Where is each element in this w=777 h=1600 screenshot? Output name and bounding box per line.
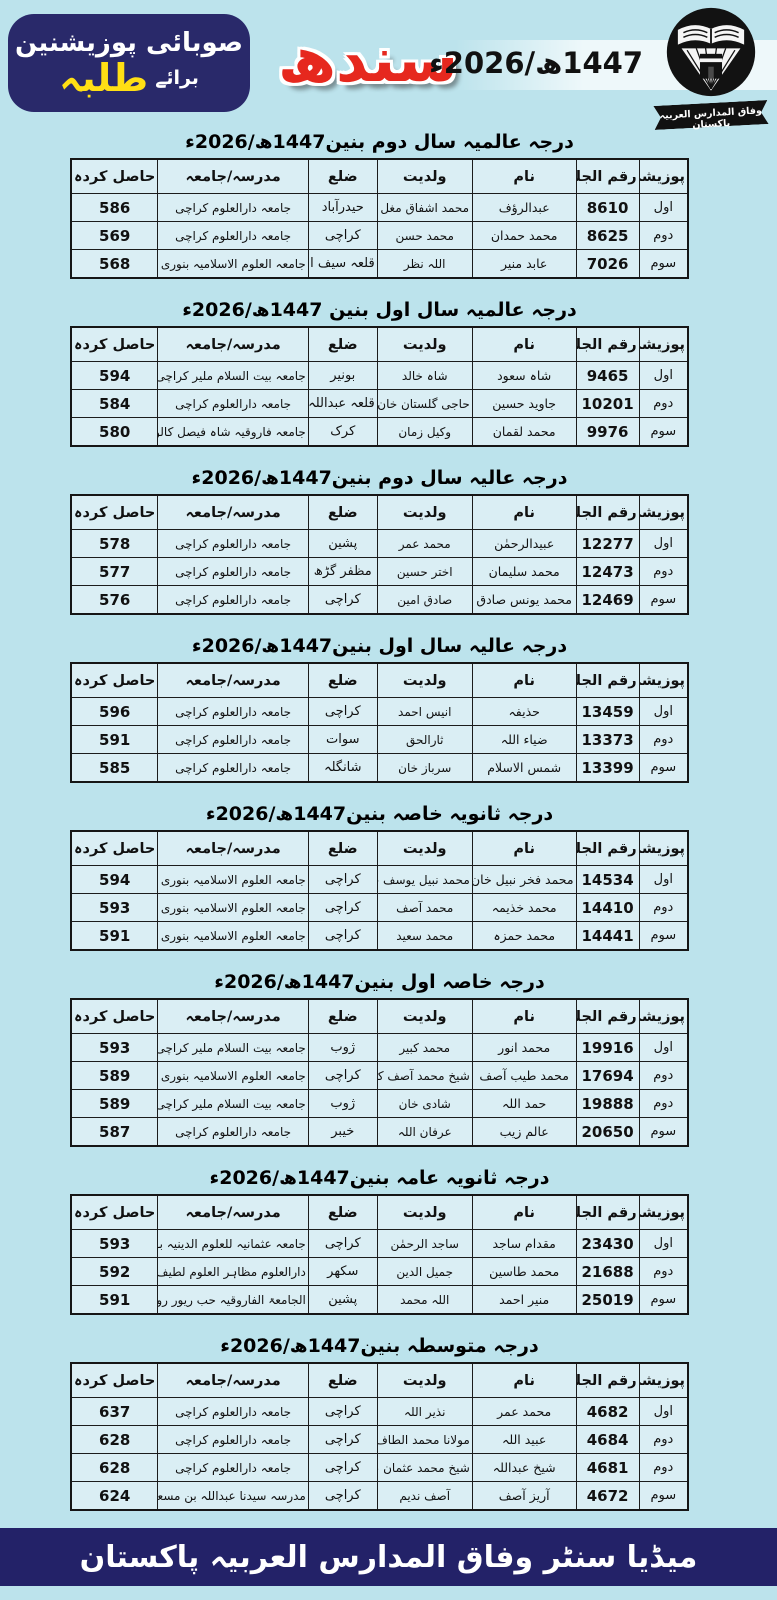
column-header-father: ولدیت — [377, 1363, 472, 1398]
cell-district: کرک — [308, 418, 377, 447]
cell-roll: 9465 — [576, 362, 639, 390]
column-header-marks: حاصل کردہ نمبر — [71, 999, 158, 1034]
cell-madrasa: جامعہ بیت السلام ملیر کراچی — [158, 362, 308, 390]
cell-position: اول — [639, 194, 688, 222]
cell-position: دوم — [639, 1258, 688, 1286]
cell-name: حمد اللہ — [472, 1090, 576, 1118]
result-row: اول13459حذیفہانیس احمدکراچیجامعہ دارالعل… — [71, 698, 688, 726]
cell-name: منیر احمد — [472, 1286, 576, 1315]
cell-marks: 589 — [71, 1090, 158, 1118]
result-section: درجہ ثانویہ عامہ بنین1447ھ/2026ء پوزیشنر… — [70, 1166, 689, 1315]
table-body: اول12277عبیدالرحمٰنمحمد عمرپشینجامعہ دار… — [71, 530, 688, 615]
column-header-position: پوزیشن — [639, 831, 688, 866]
cell-roll: 23430 — [576, 1230, 639, 1258]
result-section: درجہ خاصہ اول بنین1447ھ/2026ء پوزیشنرقم … — [70, 970, 689, 1147]
cell-district: کراچی — [308, 1398, 377, 1426]
cell-position: اول — [639, 1398, 688, 1426]
column-header-position: پوزیشن — [639, 495, 688, 530]
cell-district: کراچی — [308, 866, 377, 894]
wifaq-logo: وفاق المدارس العربیہ پاکستان — [652, 6, 770, 130]
column-header-marks: حاصل کردہ نمبر — [71, 159, 158, 194]
cell-district: حیدرآباد — [308, 194, 377, 222]
cell-father: شادی خان — [377, 1090, 472, 1118]
cell-position: سوم — [639, 1286, 688, 1315]
cell-father: مولانا محمد الطاف حسین — [377, 1426, 472, 1454]
cell-marks: 577 — [71, 558, 158, 586]
cell-marks: 589 — [71, 1062, 158, 1090]
table-body: اول9465شاہ سعودشاہ خالدبونیرجامعہ بیت ال… — [71, 362, 688, 447]
cell-position: اول — [639, 1034, 688, 1062]
column-header-roll: رقم الجلوس — [576, 999, 639, 1034]
result-row: اول8610عبدالرؤفمحمد اشفاق مغلحیدرآبادجام… — [71, 194, 688, 222]
column-header-marks: حاصل کردہ نمبر — [71, 831, 158, 866]
cell-name: عبدالرؤف — [472, 194, 576, 222]
cell-roll: 13373 — [576, 726, 639, 754]
cell-father: محمد کبیر — [377, 1034, 472, 1062]
cell-madrasa: جامعہ دارالعلوم کراچی — [158, 558, 308, 586]
result-row: دوم13373ضیاء اللہثارالحقسواتجامعہ دارالع… — [71, 726, 688, 754]
cell-position: دوم — [639, 1090, 688, 1118]
cell-father: اللہ محمد — [377, 1286, 472, 1315]
result-row: سوم9976محمد لقمانوکیل زمانکرکجامعہ فاروق… — [71, 418, 688, 447]
cell-name: محمد یونس صادق — [472, 586, 576, 615]
column-header-position: پوزیشن — [639, 999, 688, 1034]
table-header-row: پوزیشنرقم الجلوسنامولدیتضلعمدرسہ/جامعہحا… — [71, 999, 688, 1034]
cell-name: آریز آصف — [472, 1482, 576, 1511]
table-title: درجہ ثانویہ خاصہ بنین1447ھ/2026ء — [70, 802, 689, 826]
column-header-district: ضلع — [308, 831, 377, 866]
column-header-father: ولدیت — [377, 1195, 472, 1230]
cell-father: محمد اشفاق مغل — [377, 194, 472, 222]
column-header-roll: رقم الجلوس — [576, 663, 639, 698]
cell-roll: 14534 — [576, 866, 639, 894]
cell-name: محمد طیب آصف — [472, 1062, 576, 1090]
result-row: سوم4672آریز آصفآصف ندیمکراچیمدرسہ سیدنا … — [71, 1482, 688, 1511]
column-header-district: ضلع — [308, 663, 377, 698]
column-header-name: نام — [472, 663, 576, 698]
cell-district: پشین — [308, 1286, 377, 1315]
cell-roll: 17694 — [576, 1062, 639, 1090]
cell-marks: 591 — [71, 922, 158, 951]
cell-madrasa: جامعہ دارالعلوم کراچی — [158, 1426, 308, 1454]
results-table: پوزیشنرقم الجلوسنامولدیتضلعمدرسہ/جامعہحا… — [70, 830, 689, 951]
column-header-roll: رقم الجلوس — [576, 159, 639, 194]
cell-roll: 7026 — [576, 250, 639, 279]
column-header-father: ولدیت — [377, 159, 472, 194]
column-header-name: نام — [472, 159, 576, 194]
cell-position: سوم — [639, 250, 688, 279]
cell-madrasa: جامعہ العلوم الاسلامیہ بنوری ٹاؤن کراچی — [158, 250, 308, 279]
cell-name: محمد طاسین — [472, 1258, 576, 1286]
cell-name: محمد عمر — [472, 1398, 576, 1426]
cell-father: شیخ محمد عثمان علی — [377, 1454, 472, 1482]
cell-marks: 593 — [71, 894, 158, 922]
cell-marks: 569 — [71, 222, 158, 250]
results-table: پوزیشنرقم الجلوسنامولدیتضلعمدرسہ/جامعہحا… — [70, 998, 689, 1147]
column-header-madrasa: مدرسہ/جامعہ — [158, 999, 308, 1034]
result-section: درجہ ثانویہ خاصہ بنین1447ھ/2026ء پوزیشنر… — [70, 802, 689, 951]
result-row: دوم19888حمد اللہشادی خانژوبجامعہ بیت الس… — [71, 1090, 688, 1118]
cell-father: اللہ نظر — [377, 250, 472, 279]
cell-marks: 592 — [71, 1258, 158, 1286]
cell-father: عرفان اللہ — [377, 1118, 472, 1147]
results-table: پوزیشنرقم الجلوسنامولدیتضلعمدرسہ/جامعہحا… — [70, 1362, 689, 1511]
result-section: درجہ متوسطہ بنین1447ھ/2026ء پوزیشنرقم ال… — [70, 1334, 689, 1511]
cell-madrasa: دارالعلوم مظاہر العلوم لطیف آباد حیدرآبا… — [158, 1258, 308, 1286]
column-header-roll: رقم الجلوس — [576, 495, 639, 530]
column-header-position: پوزیشن — [639, 159, 688, 194]
cell-father: نذیر اللہ — [377, 1398, 472, 1426]
column-header-name: نام — [472, 1363, 576, 1398]
column-header-madrasa: مدرسہ/جامعہ — [158, 663, 308, 698]
result-row: اول12277عبیدالرحمٰنمحمد عمرپشینجامعہ دار… — [71, 530, 688, 558]
cell-father: شاہ خالد — [377, 362, 472, 390]
cell-name: محمد حمدان — [472, 222, 576, 250]
cell-name: شاہ سعود — [472, 362, 576, 390]
cell-father: حاجی گلستان خان — [377, 390, 472, 418]
provincial-positions-badge: صوبائی پوزیشنین برائے طلبہ — [8, 14, 250, 112]
cell-position: دوم — [639, 1062, 688, 1090]
cell-district: شانگلہ — [308, 754, 377, 783]
result-row: دوم21688محمد طاسینجمیل الدینسکھردارالعلو… — [71, 1258, 688, 1286]
badge-line1: صوبائی پوزیشنین — [15, 29, 243, 58]
cell-madrasa: جامعہ دارالعلوم کراچی — [158, 726, 308, 754]
cell-roll: 8625 — [576, 222, 639, 250]
cell-father: محمد آصف — [377, 894, 472, 922]
cell-madrasa: جامعہ دارالعلوم کراچی — [158, 698, 308, 726]
cell-marks: 628 — [71, 1426, 158, 1454]
result-row: اول23430مقدام ساجدساجد الرحمٰنکراچیجامعہ… — [71, 1230, 688, 1258]
table-body: اول4682محمد عمرنذیر اللہکراچیجامعہ دارال… — [71, 1398, 688, 1511]
result-row: اول4682محمد عمرنذیر اللہکراچیجامعہ دارال… — [71, 1398, 688, 1426]
footer-text: میڈیا سنٹر وفاق المدارس العربیہ پاکستان — [80, 1540, 698, 1575]
logo-ribbon: وفاق المدارس العربیہ پاکستان — [652, 100, 770, 130]
cell-madrasa: جامعہ العلوم الاسلامیہ بنوری ٹاؤن کراچی — [158, 922, 308, 951]
result-section: درجہ عالمیہ سال دوم بنین1447ھ/2026ء پوزی… — [70, 130, 689, 279]
column-header-name: نام — [472, 1195, 576, 1230]
column-header-madrasa: مدرسہ/جامعہ — [158, 831, 308, 866]
results-table: پوزیشنرقم الجلوسنامولدیتضلعمدرسہ/جامعہحا… — [70, 1194, 689, 1315]
column-header-district: ضلع — [308, 327, 377, 362]
column-header-district: ضلع — [308, 1363, 377, 1398]
table-title: درجہ متوسطہ بنین1447ھ/2026ء — [70, 1334, 689, 1358]
cell-name: محمد انور — [472, 1034, 576, 1062]
cell-roll: 8610 — [576, 194, 639, 222]
cell-district: کراچی — [308, 922, 377, 951]
cell-district: ژوب — [308, 1090, 377, 1118]
cell-marks: 628 — [71, 1454, 158, 1482]
cell-madrasa: جامعہ عثمانیہ للعلوم الدینیہ بہادرآباد ک… — [158, 1230, 308, 1258]
cell-roll: 20650 — [576, 1118, 639, 1147]
cell-district: کراچی — [308, 1062, 377, 1090]
result-row: دوم4684عبید اللہمولانا محمد الطاف حسینکر… — [71, 1426, 688, 1454]
header: صوبائی پوزیشنین برائے طلبہ سندھ 1447ھ/20… — [0, 0, 777, 122]
column-header-roll: رقم الجلوس — [576, 831, 639, 866]
cell-district: قلعہ عبداللہ — [308, 390, 377, 418]
cell-roll: 9976 — [576, 418, 639, 447]
cell-marks: 580 — [71, 418, 158, 447]
cell-district: کراچی — [308, 1454, 377, 1482]
table-title: درجہ خاصہ اول بنین1447ھ/2026ء — [70, 970, 689, 994]
badge-line2-prefix: برائے — [155, 67, 199, 89]
cell-marks: 587 — [71, 1118, 158, 1147]
result-row: اول9465شاہ سعودشاہ خالدبونیرجامعہ بیت ال… — [71, 362, 688, 390]
cell-marks: 593 — [71, 1230, 158, 1258]
cell-madrasa: جامعہ دارالعلوم کراچی — [158, 1398, 308, 1426]
cell-name: مقدام ساجد — [472, 1230, 576, 1258]
cell-marks: 594 — [71, 866, 158, 894]
cell-madrasa: جامعہ دارالعلوم کراچی — [158, 390, 308, 418]
result-section: درجہ عالیہ سال اول بنین1447ھ/2026ء پوزیش… — [70, 634, 689, 783]
cell-marks: 591 — [71, 726, 158, 754]
column-header-madrasa: مدرسہ/جامعہ — [158, 327, 308, 362]
cell-madrasa: جامعہ العلوم الاسلامیہ بنوری ٹاؤن کراچی — [158, 1062, 308, 1090]
cell-roll: 21688 — [576, 1258, 639, 1286]
table-title: درجہ عالیہ سال دوم بنین1447ھ/2026ء — [70, 466, 689, 490]
results-table: پوزیشنرقم الجلوسنامولدیتضلعمدرسہ/جامعہحا… — [70, 158, 689, 279]
cell-roll: 12473 — [576, 558, 639, 586]
column-header-madrasa: مدرسہ/جامعہ — [158, 1363, 308, 1398]
cell-marks: 584 — [71, 390, 158, 418]
column-header-roll: رقم الجلوس — [576, 327, 639, 362]
result-row: دوم12473محمد سلیماناختر حسینمظفر گڑھجامع… — [71, 558, 688, 586]
result-row: دوم17694محمد طیب آصفشیخ محمد آصف کلیمکرا… — [71, 1062, 688, 1090]
cell-roll: 19888 — [576, 1090, 639, 1118]
cell-roll: 12277 — [576, 530, 639, 558]
cell-father: آصف ندیم — [377, 1482, 472, 1511]
results-table: پوزیشنرقم الجلوسنامولدیتضلعمدرسہ/جامعہحا… — [70, 662, 689, 783]
cell-position: دوم — [639, 390, 688, 418]
badge-line2-main: طلبہ — [59, 59, 148, 97]
cell-position: اول — [639, 530, 688, 558]
column-header-madrasa: مدرسہ/جامعہ — [158, 495, 308, 530]
cell-roll: 10201 — [576, 390, 639, 418]
results-table: پوزیشنرقم الجلوسنامولدیتضلعمدرسہ/جامعہحا… — [70, 494, 689, 615]
cell-position: دوم — [639, 222, 688, 250]
column-header-name: نام — [472, 999, 576, 1034]
table-header-row: پوزیشنرقم الجلوسنامولدیتضلعمدرسہ/جامعہحا… — [71, 327, 688, 362]
cell-marks: 578 — [71, 530, 158, 558]
table-title: درجہ عالمیہ سال اول بنین 1447ھ/2026ء — [70, 298, 689, 322]
column-header-district: ضلع — [308, 495, 377, 530]
table-body: اول19916محمد انورمحمد کبیرژوبجامعہ بیت ا… — [71, 1034, 688, 1147]
wifaq-emblem-icon — [665, 6, 757, 98]
table-header-row: پوزیشنرقم الجلوسنامولدیتضلعمدرسہ/جامعہحا… — [71, 495, 688, 530]
cell-roll: 13459 — [576, 698, 639, 726]
cell-position: اول — [639, 866, 688, 894]
cell-madrasa: مدرسہ سیدنا عبداللہ بن مسعود گلستان جوہر… — [158, 1482, 308, 1511]
result-section: درجہ عالیہ سال دوم بنین1447ھ/2026ء پوزیش… — [70, 466, 689, 615]
table-header-row: پوزیشنرقم الجلوسنامولدیتضلعمدرسہ/جامعہحا… — [71, 1195, 688, 1230]
cell-district: خیبر — [308, 1118, 377, 1147]
cell-name: ضیاء اللہ — [472, 726, 576, 754]
column-header-position: پوزیشن — [639, 663, 688, 698]
result-row: دوم4681شیخ عبداللہشیخ محمد عثمان علیکراچ… — [71, 1454, 688, 1482]
table-body: اول8610عبدالرؤفمحمد اشفاق مغلحیدرآبادجام… — [71, 194, 688, 279]
footer-bar: میڈیا سنٹر وفاق المدارس العربیہ پاکستان — [0, 1528, 777, 1586]
cell-madrasa: جامعہ دارالعلوم کراچی — [158, 194, 308, 222]
cell-district: ژوب — [308, 1034, 377, 1062]
cell-position: سوم — [639, 754, 688, 783]
cell-marks: 586 — [71, 194, 158, 222]
logo-ribbon-text: وفاق المدارس العربیہ پاکستان — [652, 105, 771, 133]
cell-position: سوم — [639, 922, 688, 951]
cell-district: سوات — [308, 726, 377, 754]
table-header-row: پوزیشنرقم الجلوسنامولدیتضلعمدرسہ/جامعہحا… — [71, 159, 688, 194]
result-row: دوم8625محمد حمدانمحمد حسنکراچیجامعہ دارا… — [71, 222, 688, 250]
column-header-father: ولدیت — [377, 663, 472, 698]
result-row: سوم14441محمد حمزہمحمد سعیدکراچیجامعہ الع… — [71, 922, 688, 951]
table-title: درجہ عالمیہ سال دوم بنین1447ھ/2026ء — [70, 130, 689, 154]
cell-district: کراچی — [308, 222, 377, 250]
cell-position: سوم — [639, 1482, 688, 1511]
cell-name: شمس الاسلام — [472, 754, 576, 783]
table-header-row: پوزیشنرقم الجلوسنامولدیتضلعمدرسہ/جامعہحا… — [71, 1363, 688, 1398]
column-header-roll: رقم الجلوس — [576, 1195, 639, 1230]
cell-name: عالم زیب — [472, 1118, 576, 1147]
column-header-father: ولدیت — [377, 327, 472, 362]
cell-roll: 4672 — [576, 1482, 639, 1511]
cell-name: عبید اللہ — [472, 1426, 576, 1454]
cell-madrasa: جامعہ بیت السلام ملیر کراچی — [158, 1090, 308, 1118]
cell-father: محمد حسن — [377, 222, 472, 250]
results-region: درجہ عالمیہ سال دوم بنین1447ھ/2026ء پوزی… — [70, 130, 689, 1511]
cell-position: سوم — [639, 418, 688, 447]
year-label: 1447ھ/2026ء — [468, 46, 643, 80]
cell-father: محمد سعید — [377, 922, 472, 951]
column-header-name: نام — [472, 327, 576, 362]
cell-name: حذیفہ — [472, 698, 576, 726]
result-row: اول14534محمد فخر نبیل خانمحمد نبیل یوسف … — [71, 866, 688, 894]
column-header-district: ضلع — [308, 999, 377, 1034]
cell-name: محمد حمزہ — [472, 922, 576, 951]
cell-madrasa: جامعہ دارالعلوم کراچی — [158, 586, 308, 615]
cell-district: سکھر — [308, 1258, 377, 1286]
results-poster: صوبائی پوزیشنین برائے طلبہ سندھ 1447ھ/20… — [0, 0, 777, 1600]
cell-name: محمد خذیمہ — [472, 894, 576, 922]
cell-marks: 624 — [71, 1482, 158, 1511]
cell-roll: 4681 — [576, 1454, 639, 1482]
column-header-district: ضلع — [308, 1195, 377, 1230]
column-header-marks: حاصل کردہ نمبر — [71, 495, 158, 530]
column-header-madrasa: مدرسہ/جامعہ — [158, 159, 308, 194]
cell-madrasa: جامعہ العلوم الاسلامیہ بنوری ٹاؤن کراچی — [158, 866, 308, 894]
cell-name: محمد لقمان — [472, 418, 576, 447]
cell-marks: 593 — [71, 1034, 158, 1062]
result-row: سوم7026عابد منیراللہ نظرقلعہ سیف اللہجام… — [71, 250, 688, 279]
results-table: پوزیشنرقم الجلوسنامولدیتضلعمدرسہ/جامعہحا… — [70, 326, 689, 447]
cell-position: دوم — [639, 726, 688, 754]
cell-father: اختر حسین — [377, 558, 472, 586]
column-header-marks: حاصل کردہ نمبر — [71, 327, 158, 362]
cell-district: کراچی — [308, 698, 377, 726]
cell-name: محمد سلیمان — [472, 558, 576, 586]
cell-position: دوم — [639, 894, 688, 922]
result-row: سوم13399شمس الاسلامسرباز خانشانگلہجامعہ … — [71, 754, 688, 783]
column-header-madrasa: مدرسہ/جامعہ — [158, 1195, 308, 1230]
cell-marks: 596 — [71, 698, 158, 726]
result-row: سوم25019منیر احمداللہ محمدپشینالجامعۃ ال… — [71, 1286, 688, 1315]
cell-district: قلعہ سیف اللہ — [308, 250, 377, 279]
cell-madrasa: جامعہ فاروقیہ شاہ فیصل کالونی کراچی — [158, 418, 308, 447]
column-header-name: نام — [472, 831, 576, 866]
cell-father: انیس احمد — [377, 698, 472, 726]
cell-madrasa: جامعہ دارالعلوم کراچی — [158, 754, 308, 783]
cell-marks: 591 — [71, 1286, 158, 1315]
cell-father: سرباز خان — [377, 754, 472, 783]
badge-line2: برائے طلبہ — [59, 59, 199, 97]
cell-position: سوم — [639, 586, 688, 615]
cell-position: اول — [639, 1230, 688, 1258]
cell-roll: 4684 — [576, 1426, 639, 1454]
table-body: اول23430مقدام ساجدساجد الرحمٰنکراچیجامعہ… — [71, 1230, 688, 1315]
column-header-father: ولدیت — [377, 831, 472, 866]
column-header-father: ولدیت — [377, 495, 472, 530]
column-header-district: ضلع — [308, 159, 377, 194]
cell-marks: 594 — [71, 362, 158, 390]
cell-roll: 4682 — [576, 1398, 639, 1426]
cell-roll: 13399 — [576, 754, 639, 783]
cell-madrasa: جامعہ بیت السلام ملیر کراچی — [158, 1034, 308, 1062]
cell-district: کراچی — [308, 894, 377, 922]
cell-madrasa: جامعہ دارالعلوم کراچی — [158, 1454, 308, 1482]
table-body: اول13459حذیفہانیس احمدکراچیجامعہ دارالعل… — [71, 698, 688, 783]
cell-district: مظفر گڑھ — [308, 558, 377, 586]
cell-roll: 19916 — [576, 1034, 639, 1062]
cell-roll: 12469 — [576, 586, 639, 615]
cell-madrasa: جامعہ العلوم الاسلامیہ بنوری ٹاؤن کراچی — [158, 894, 308, 922]
cell-position: دوم — [639, 1426, 688, 1454]
cell-district: کراچی — [308, 1230, 377, 1258]
table-title: درجہ عالیہ سال اول بنین1447ھ/2026ء — [70, 634, 689, 658]
cell-madrasa: جامعہ دارالعلوم کراچی — [158, 222, 308, 250]
cell-roll: 25019 — [576, 1286, 639, 1315]
cell-roll: 14410 — [576, 894, 639, 922]
cell-madrasa: الجامعۃ الفاروقیہ حب ریور روڈ کراچی — [158, 1286, 308, 1315]
cell-position: اول — [639, 362, 688, 390]
cell-district: کراچی — [308, 1482, 377, 1511]
result-row: سوم20650عالم زیبعرفان اللہخیبرجامعہ دارا… — [71, 1118, 688, 1147]
cell-father: محمد عمر — [377, 530, 472, 558]
column-header-marks: حاصل کردہ نمبر — [71, 1363, 158, 1398]
cell-marks: 637 — [71, 1398, 158, 1426]
column-header-roll: رقم الجلوس — [576, 1363, 639, 1398]
cell-madrasa: جامعہ دارالعلوم کراچی — [158, 1118, 308, 1147]
cell-father: جمیل الدین — [377, 1258, 472, 1286]
cell-marks: 585 — [71, 754, 158, 783]
cell-marks: 576 — [71, 586, 158, 615]
cell-district: پشین — [308, 530, 377, 558]
cell-father: وکیل زمان — [377, 418, 472, 447]
cell-position: سوم — [639, 1118, 688, 1147]
cell-name: عبیدالرحمٰن — [472, 530, 576, 558]
result-row: دوم14410محمد خذیمہمحمد آصفکراچیجامعہ الع… — [71, 894, 688, 922]
cell-position: اول — [639, 698, 688, 726]
cell-name: محمد فخر نبیل خان — [472, 866, 576, 894]
cell-district: کراچی — [308, 586, 377, 615]
cell-father: محمد نبیل یوسف خان — [377, 866, 472, 894]
cell-roll: 14441 — [576, 922, 639, 951]
column-header-position: پوزیشن — [639, 1363, 688, 1398]
column-header-marks: حاصل کردہ نمبر — [71, 1195, 158, 1230]
cell-father: شیخ محمد آصف کلیم — [377, 1062, 472, 1090]
cell-name: عابد منیر — [472, 250, 576, 279]
column-header-position: پوزیشن — [639, 1195, 688, 1230]
cell-father: ساجد الرحمٰن — [377, 1230, 472, 1258]
column-header-name: نام — [472, 495, 576, 530]
table-header-row: پوزیشنرقم الجلوسنامولدیتضلعمدرسہ/جامعہحا… — [71, 831, 688, 866]
result-row: سوم12469محمد یونس صادقصادق امینکراچیجامع… — [71, 586, 688, 615]
